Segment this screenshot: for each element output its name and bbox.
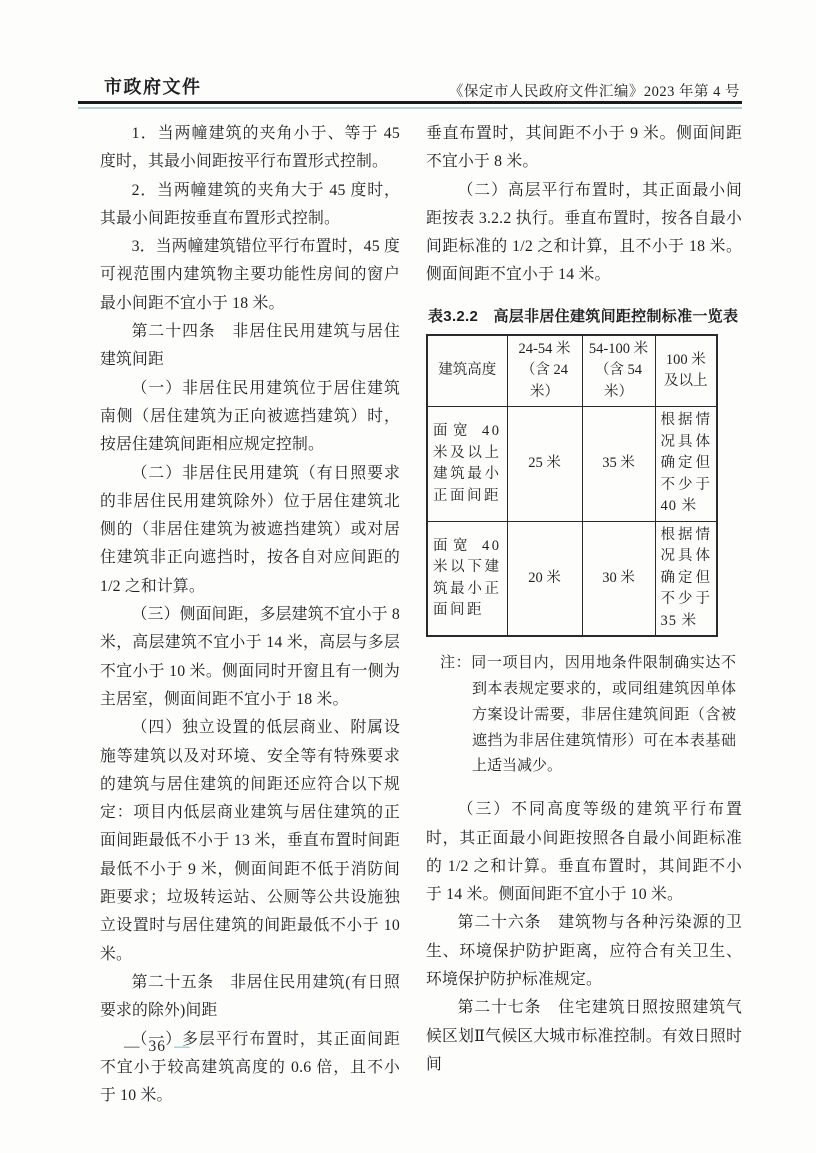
right-column: 垂直布置时，其间距不小于 9 米。侧面间距不宜小于 8 米。 （二）高层平行布置… bbox=[426, 120, 742, 1110]
footer-dash-right: — bbox=[174, 1038, 191, 1055]
table-header-range-100-plus: 100 米及以上 bbox=[655, 335, 717, 407]
paragraph-item-3: 3．当两幢建筑错位平行布置时，45 度可视范围内建筑物主要功能性房间的窗户最小间… bbox=[100, 233, 400, 318]
article-25-heading: 第二十五条 非居住民用建筑(有日照要求的除外)间距 bbox=[100, 969, 400, 1026]
header-doc-category: 市政府文件 bbox=[104, 73, 202, 99]
header-publication-title: 《保定市人民政府文件汇编》2023 年第 4 号 bbox=[449, 80, 740, 101]
two-column-body: 1．当两幢建筑的夹角小于、等于 45 度时，其最小间距按平行布置形式控制。 2．… bbox=[100, 120, 742, 1110]
paragraph-item-1: 1．当两幢建筑的夹角小于、等于 45 度时，其最小间距按平行布置形式控制。 bbox=[100, 120, 400, 177]
table-cell: 20 米 bbox=[507, 521, 582, 636]
article-24-clause-3: （三）侧面间距，多层建筑不宜小于 8 米，高层建筑不宜小于 14 米，高层与多层… bbox=[100, 601, 400, 714]
article-24-clause-1: （一）非居住民用建筑位于居住建筑南侧（居住建筑为正向被遮挡建筑）时，按居住建筑间… bbox=[100, 375, 400, 460]
spacing-standards-table: 建筑高度 24-54 米（含 24 米） 54-100 米（含 54 米） 10… bbox=[426, 334, 718, 638]
footer-dash-left: — bbox=[124, 1038, 141, 1055]
article-27-paragraph: 第二十七条 住宅建筑日照按照建筑气候区划Ⅱ气候区大城市标准控制。有效日照时间 bbox=[426, 994, 742, 1079]
table-row: 面宽 40 米及以上建筑最小正面间距 25 米 35 米 根据情况具体确定但不少… bbox=[427, 407, 717, 522]
table-header-building-height: 建筑高度 bbox=[427, 335, 507, 407]
table-caption: 表3.2.2 高层非居住建筑间距控制标准一览表 bbox=[428, 305, 742, 326]
table-cell: 根据情况具体确定但不少于 35 米 bbox=[655, 521, 717, 636]
table-cell: 25 米 bbox=[507, 407, 582, 522]
table-header-row: 建筑高度 24-54 米（含 24 米） 54-100 米（含 54 米） 10… bbox=[427, 335, 717, 407]
article-25-clause-2: （二）高层平行布置时，其正面最小间距按表 3.2.2 执行。垂直布置时，按各自最… bbox=[426, 177, 742, 290]
article-24-clause-2: （二）非居住民用建筑（有日照要求的非居住民用建筑除外）位于居住建筑北侧的（非居住… bbox=[100, 460, 400, 601]
table-cell: 35 米 bbox=[582, 407, 655, 522]
header-rule bbox=[78, 101, 742, 104]
paragraph-item-2: 2．当两幢建筑的夹角大于 45 度时，其最小间距按垂直布置形式控制。 bbox=[100, 177, 400, 234]
footer-page-no: 36 bbox=[149, 1038, 167, 1055]
page-number: —36— bbox=[124, 1038, 191, 1056]
table-row: 面宽 40 米以下建筑最小正面间距 20 米 30 米 根据情况具体确定但不少于… bbox=[427, 521, 717, 636]
table-row-label: 面宽 40 米及以上建筑最小正面间距 bbox=[427, 407, 507, 522]
header-rule-shadow bbox=[78, 107, 742, 109]
continuation-paragraph: 垂直布置时，其间距不小于 9 米。侧面间距不宜小于 8 米。 bbox=[426, 120, 742, 177]
article-24-heading: 第二十四条 非居住民用建筑与居住建筑间距 bbox=[100, 318, 400, 375]
article-24-clause-4: （四）独立设置的低层商业、附属设施等建筑以及对环境、安全等有特殊要求的建筑与居住… bbox=[100, 714, 400, 969]
table-header-range-24-54: 24-54 米（含 24 米） bbox=[507, 335, 582, 407]
article-25-clause-3: （三）不同高度等级的建筑平行布置时，其正面最小间距按照各自最小间距标准的 1/2… bbox=[426, 796, 742, 909]
table-row-label: 面宽 40 米以下建筑最小正面间距 bbox=[427, 521, 507, 636]
article-26-paragraph: 第二十六条 建筑物与各种污染源的卫生、环境保护防护距离，应符合有关卫生、环境保护… bbox=[426, 909, 742, 994]
left-column: 1．当两幢建筑的夹角小于、等于 45 度时，其最小间距按平行布置形式控制。 2．… bbox=[100, 120, 400, 1110]
table-cell: 30 米 bbox=[582, 521, 655, 636]
table-cell: 根据情况具体确定但不少于 40 米 bbox=[655, 407, 717, 522]
table-header-range-54-100: 54-100 米（含 54 米） bbox=[582, 335, 655, 407]
document-page: 市政府文件 《保定市人民政府文件汇编》2023 年第 4 号 1．当两幢建筑的夹… bbox=[0, 0, 816, 1153]
table-note: 注：同一项目内，因用地条件限制确实达不到本表规定要求的，或同组建筑因单体方案设计… bbox=[440, 651, 736, 780]
